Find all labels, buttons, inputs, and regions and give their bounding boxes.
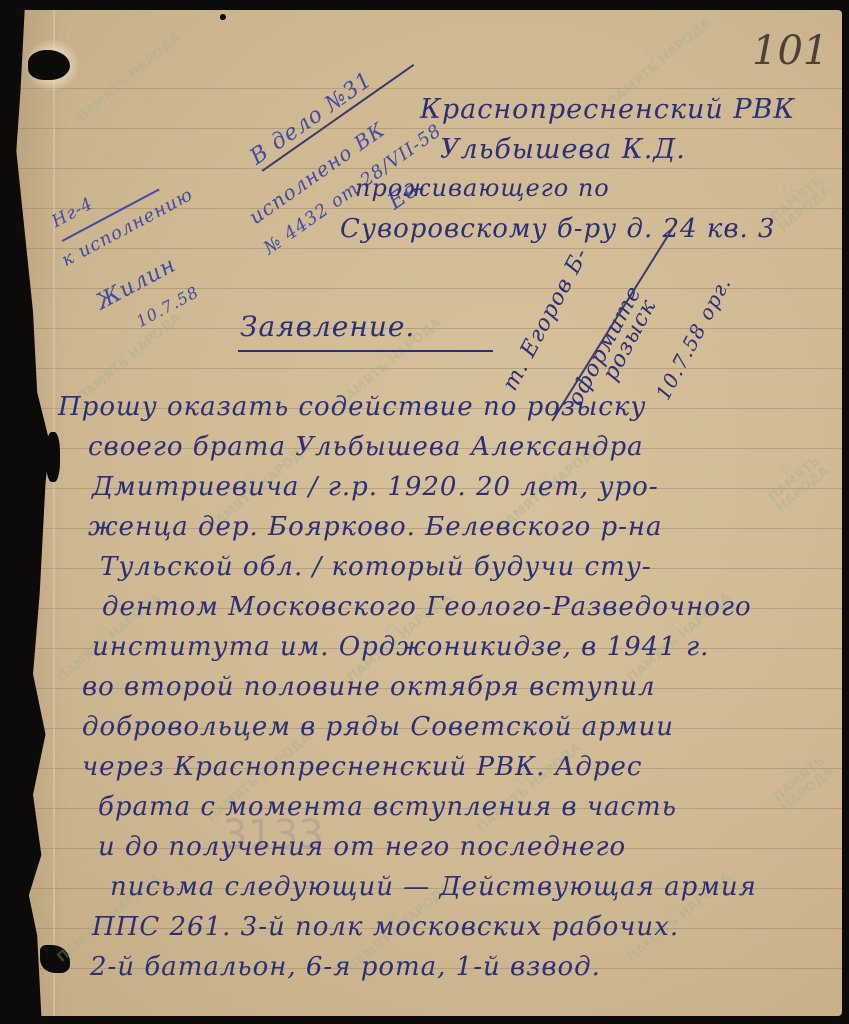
ruled-line [8, 208, 842, 209]
body-line: своего брата Ульбышева Александра [88, 432, 644, 462]
body-line: брата с момента вступления в часть [98, 792, 677, 822]
sender-address: Суворовскому б-ру д. 24 кв. 3 [340, 214, 776, 244]
body-line: ППС 261. 3-й полк московских рабочих. [92, 912, 679, 942]
ruled-line [8, 368, 842, 369]
body-line: во второй половине октября вступил [82, 672, 656, 702]
body-line: института им. Орджоникидзе, в 1941 г. [92, 632, 709, 662]
addressee-office: Краснопресненский РВК [420, 94, 795, 125]
body-line: через Краснопресненский РВК. Адрес [82, 752, 642, 782]
sender-name: Ульбышева К.Д. [440, 134, 686, 165]
ruled-line [8, 248, 842, 249]
body-line: дентом Московского Геолого-Разведочного [102, 592, 752, 622]
body-line: Тульской обл. / который будучи сту- [100, 552, 652, 582]
tear-hole [46, 432, 60, 482]
body-line: Прошу оказать содействие по розыску [58, 392, 646, 422]
body-line: женца дер. Боярково. Белевского р-на [88, 512, 663, 542]
ruled-line [8, 88, 842, 89]
scan-frame: ☆ПАМЯТЬ НАРОДА ☆ПАМЯТЬ НАРОДА ☆ПАМЯТЬ НА… [0, 0, 849, 1024]
ruled-line [8, 168, 842, 169]
title-underline [238, 350, 493, 352]
body-line: добровольцем в ряды Советской армии [82, 712, 674, 742]
page-number: 101 [752, 28, 828, 74]
body-line: 2-й батальон, 6-я рота, 1-й взвод. [90, 952, 601, 982]
body-line: и до получения от него последнего [98, 832, 626, 862]
paper-speck [220, 14, 226, 20]
document-title: Заявление. [240, 310, 415, 343]
sender-residence-label: проживающего по [355, 174, 610, 202]
ruled-line [8, 328, 842, 329]
punch-hole [28, 50, 70, 80]
body-line: Дмитриевича / г.р. 1920. 20 лет, уро- [92, 472, 659, 502]
margin-fold [53, 10, 55, 1016]
body-line: письма следующий — Действующая армия [110, 872, 757, 902]
